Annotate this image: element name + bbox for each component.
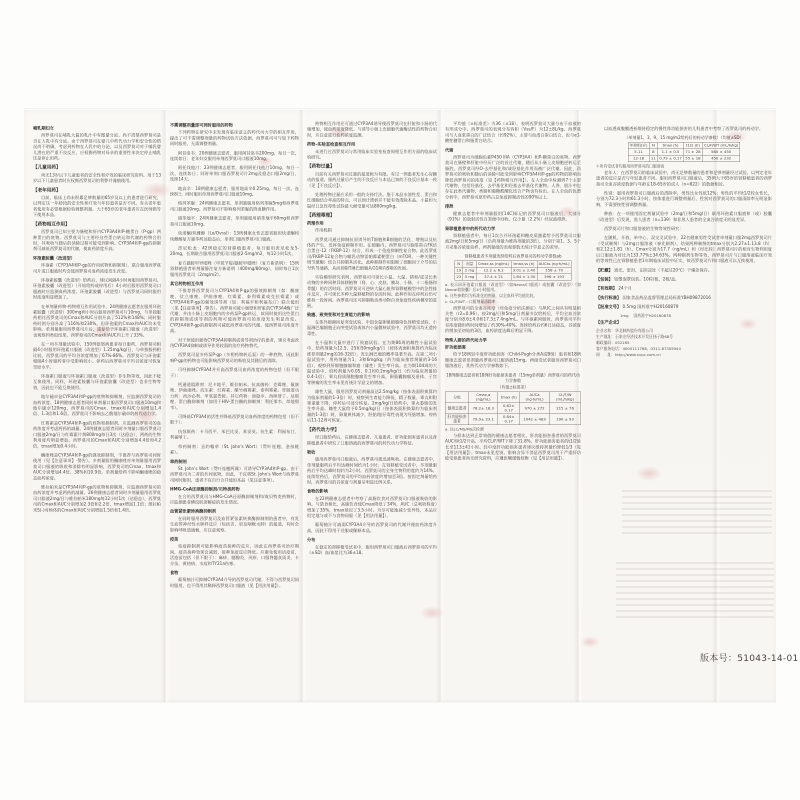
paragraph: 目前有关西罗莫司过量的报道极为有限。有过一例患者发生心房颤动的报道。服药过量后产… [307, 171, 437, 188]
text-column-5: 以血透或腹膜透析维持稳定的慢性肾功能损害的儿科患者中考察了西罗莫司的药动学。（单… [596, 126, 772, 358]
table-footnote: ＊所有受试者均服用西罗莫司的口服溶液 [596, 164, 772, 169]
subsection-heading: 分布 [307, 537, 437, 543]
paragraph: 雄性大鼠，服用西罗莫司剂量高达2.5mg/kg（按体表面积换算约为临床剂量的1-… [307, 389, 437, 423]
inline-section-heading: 【有效期】 [596, 286, 617, 291]
fold-crease [161, 110, 170, 702]
subsection-heading: 不需调整剂量即可同时服用的药物 [170, 123, 299, 129]
pk-data-table: 分组Cmax,a (ng/mL)tmax (h)AUCa (ng·h/mL)CL… [445, 391, 581, 425]
paragraph: 尚无13岁以下儿童患者的安全性和疗效的临床研究资料。用于13岁以下儿童患者时应权… [33, 172, 161, 183]
table-footnote: 企业名称：华北制药股份有限公司 [596, 328, 772, 333]
paragraph: 实验模型研究表明，西罗莫司可延长小鼠、大鼠、猪和/或灵长类动物的多种同种异体移植… [307, 274, 437, 308]
paragraph: St. John's Wort（贯叶连翘两属）可诱导CYP3A4和P-gp。由于… [170, 466, 299, 483]
paragraph: 西罗莫司在哺乳大鼠的乳汁中有微量分泌。尚不清楚西罗莫司是否在人乳中有分泌。由于西… [33, 133, 161, 162]
section-heading: 【药代动力学】 [307, 427, 437, 433]
paragraph: 阿昔洛韦：20例健康志愿者，服用阿昔洛韦200mg，每日一次，连续如日；老年妇女… [170, 150, 299, 161]
section-heading: 【儿童用药】 [33, 165, 161, 171]
subsection-heading: 食物的影响 [307, 489, 437, 495]
table-cell: 79.9± 23.1 [469, 414, 498, 425]
paragraph: 可降低CYP3A4的活性并降低西罗莫司血药浓度的药物包括（但不限于）： [170, 414, 299, 425]
subsection-heading: 药物–实验室检查相互作用 [307, 142, 437, 148]
table-caption: （单剂量1、3、9、15 mg/m2给药后的药动学参数）（均值±SD） [596, 135, 772, 141]
table-cell: 970 ± 272 [520, 403, 550, 414]
subsection-heading: 其它药物相互作用 [170, 281, 299, 287]
subsection-heading: 肝功能损害 [445, 344, 581, 350]
paragraph: 在随机、开放、单中心、双交叉试验中，22名健康男性受试者单剂量口服2mg西罗莫司… [596, 235, 772, 264]
paragraph: 性别：服用西罗莫司口服液后的清除率，男性比女性低12%；男性的平均t1/2较女性… [596, 191, 772, 208]
table-header-cell: Cmax,a (ng/mL) [469, 392, 498, 403]
paragraph: 泼尼松龙：42例稳定的肾移植患者，每日服用泼尼松龙5-20mg，长期联合服用西罗… [170, 245, 299, 256]
paragraph: 药物相互作用还可通过CYP3A4诱导使西罗莫司在肝脏和小肠的代谢增加，使血药浓度… [307, 121, 437, 138]
table-cell: 0.82± 0.17 [498, 403, 520, 414]
labeled-paragraph: 【生产企业】 [596, 319, 772, 325]
text-column-1: 哺乳期妇女西罗莫司在哺乳大鼠的乳汁中有微量分泌。尚不清楚西罗莫司是否在人乳中有分… [33, 124, 161, 516]
inline-text: 0.5mg 国药准字H20160879 [621, 304, 678, 309]
table-cell: 1.84 ± 1.30 [511, 274, 537, 281]
inline-section-heading: 【批准文号】 [596, 304, 621, 309]
scanned-leaflet-page: 哺乳期妇女西罗莫司在哺乳大鼠的乳汁中有微量分泌。尚不清楚西罗莫司是否在人乳中有分… [0, 0, 800, 800]
stain-mark [580, 636, 600, 648]
paragraph: 老年人：在西罗莫司的临床试验中，尚无足够数量的患者和足够剂量经过试验，以判定老年… [596, 170, 772, 187]
paragraph: 红霉素是CYP3A4和P-gp的底物和抑制剂，应监测西罗莫司的血药浓度并考虑两药… [33, 420, 161, 449]
inline-section-heading: 【执行标准】 [596, 295, 621, 300]
paragraph: 不推荐将西罗莫司与CYP3A4和P-gp的强效抑制剂（如：酮康唑、伏立康唑、伊曲… [170, 288, 299, 334]
table-caption: 肾移植患者多剂量连续给药后西罗莫司的药动学参数ab [445, 254, 581, 260]
paragraph: 复方磺胺甲异噁唑（甲氧苄啶/磺胺甲噁唑）（复方新诺明）：15例肾移植患者单剂量静… [170, 260, 299, 277]
paragraph: 作用机制 [307, 228, 437, 234]
paragraph: 与样本达到正常效值的健康志愿者相比，肝功能损害患者的西罗莫司AUC和t1/2升高… [445, 433, 581, 462]
subsection-heading: 肾移植患者中的药代动力学 [445, 226, 581, 232]
paragraph: 平均值（±标准差）为36（±18），表明西罗莫司大量分布于血液的有形成分中。西罗… [445, 121, 581, 144]
section-heading: 【药物相互作用】 [33, 221, 161, 227]
subsection-heading: 草药制剂 [170, 459, 299, 465]
paragraph: 给予18例轻中度肝功能损害（Child-Pugh分类A或B级）患者和18例健康志… [445, 352, 581, 369]
labeled-paragraph: 【批准文号】 0.5mg 国药准字H20160879 [596, 304, 772, 310]
paragraph: 种族：在一项使用固定剂量试验中（2mg/日和5mg/日）联用环孢素口服液和（或）… [596, 211, 772, 222]
inline-text: 国家食品药品监督管理总局标准YBH09872016 [621, 295, 711, 300]
paragraph: 以血透或腹膜透析维持稳定的慢性肾功能损害的儿科患者中考察了西罗莫司的药动学。 [596, 126, 772, 132]
table-footnote: 邮政编码：052165 [596, 340, 772, 345]
table-footnote: 1mg 国药准字H20160878 [596, 313, 772, 318]
paragraph: 格列苯脲：24例健康志愿者，单剂量服用格列苯脲5mg和西罗莫司口服液10mg。西… [170, 201, 299, 212]
inline-section-heading: 【包装】 [596, 276, 613, 281]
subsection-heading: HMG-CoA还原酶抑制剂/贝特类药物 [170, 487, 299, 493]
table-cell: 11 [649, 155, 657, 162]
table-cell: 450 ± 232 [702, 155, 740, 162]
paragraph: 葡萄柚汁可抑制CYP3A4介导的西罗莫司代谢，不得与西罗莫司同时服用，也不得用其… [170, 577, 299, 588]
subsection-heading: 环孢素胶囊（改进型） [33, 255, 161, 261]
subsection-heading: 血管紧张素转换酶抑制剂 [170, 509, 299, 515]
labeled-paragraph: 【有效期】 24个月 [596, 286, 772, 292]
paragraph: 环孢素（CYP3A4和P-gp的作用底物和抑制剂），联合服用西罗莫司片或口服液时… [33, 263, 161, 274]
paragraph: 阿托伐他汀：23例健康志愿者，服用阿托伐他汀10mg，每日一次，连续如日；同时单… [170, 165, 299, 182]
pk-data-table: N剂量Cmax,ss (ng/mL)tmax,ss (h)AUCss (ng·h… [454, 260, 571, 280]
table-header-cell: 分组 [445, 392, 469, 403]
text-column-4: 平均值（±标准差）为36（±18），表明西罗莫司大量分布于血液的有形成分中。西罗… [445, 121, 581, 465]
table-header-cell: AUCa (ng·h/mL) [520, 392, 550, 403]
table-header-cell: tmax (h) [498, 392, 520, 403]
table-caption: 18例健康志愿者和18例肝功能损害患者（15mg单剂量）西罗莫司的药代动力学参数 [445, 372, 581, 383]
table-cell: 1042 ± 483 [520, 414, 550, 425]
subsection-heading: 食物 [170, 570, 299, 576]
paragraph: 在同时服用西罗莫司及血管紧张素转换酶抑制剂的患者中，有发生血管神经性水肿样反应（… [170, 516, 299, 533]
paragraph: 炔诺酮/炔雌醇（Lo/Ovral）：13例健康女性志愿者服用炔诺酮和炔雌醇复方避… [170, 231, 299, 242]
paragraph: 葡萄柚汁可减弱CYP3A4介导的西罗莫司的代谢并使血药浓度升高，因此不得用于送服… [307, 522, 437, 533]
paragraph: 酮康唑是CYP3A4和P-gp的强效抑制剂，不推荐与西罗莫司同时使用（见【注意事… [33, 452, 161, 481]
subsection-heading: 疫苗 [170, 536, 299, 542]
inline-section-heading: 【生产企业】 [596, 319, 621, 324]
paragraph: 经口服给药后，在健康志愿者、儿童患者、肝功能损害患者以及肾移植患者中研究了口服溶… [307, 435, 437, 446]
paragraph: 抗惊厥药：卡马西平、苯巴比妥、苯妥英。抗生素：利福布汀、利福喷丁。 [170, 429, 299, 440]
paragraph: 西罗莫司已知主要为肠壁和肝内CYP3A4和P-糖蛋白（P-gp）两种蛋白的底物。… [33, 229, 161, 252]
table-cell: 396 ± 193 [537, 274, 571, 281]
paragraph: 下列药物在研究中未发现有临床意义的药代动力学的相互作用，提出了可不需调整剂量的药… [170, 130, 299, 147]
table-cell: 37.4 ± 21 [476, 274, 511, 281]
table-header-cell: CL/F/W (mL/h/kg) [549, 392, 580, 403]
paragraph: 在22例健康志愿者中考察了高脂饮食对西罗莫司口服液吸收的影响。与禁食相比，高脂饮… [307, 496, 437, 519]
fold-crease [436, 110, 445, 702]
table-footnote: b. 这些参数均为标准化的剂量，以全血样平均值比较。 [445, 293, 581, 298]
sheet-bottom-edge [24, 700, 776, 703]
table-cell: 5 mg [463, 274, 476, 281]
table-cell: 12-18 [628, 155, 649, 162]
text-column-3: 药物相互作用还可通过CYP3A4诱导使西罗莫司在肝脏和小肠的代谢增加，使血药浓度… [307, 121, 437, 559]
ink-show-through [616, 562, 774, 622]
stain-mark [420, 606, 444, 620]
paragraph: 在体外细菌回复突变试验、中国仓鼠卵巢细胞染色体畸变试验、小鼠淋巴瘤细胞正向突变试… [307, 319, 437, 336]
paragraph: 地高辛：18例健康志愿者，服用地高辛0.25mg，每日一次，连续8日；同时服用单… [170, 186, 299, 197]
section-heading: 【老年用药】 [33, 187, 161, 193]
paragraph: 目前，临床上尚未积累足够数量的65岁及以上的患者进行研究，以判定这一年龄段的安全… [33, 195, 161, 218]
table-cell: 0.84± 0.17 [498, 414, 520, 425]
subsection-heading: 代谢 [445, 147, 581, 153]
subsection-heading: 特殊人群的药代动力学 [445, 337, 581, 343]
table-caption: （均值±标准差） [445, 385, 581, 391]
paragraph: 在小鼠和大鼠中进行了致癌试验。在为期86周的雌性小鼠试验中，给药剂量为12.5、… [307, 340, 437, 386]
paragraph: 维拉帕米是CYP3A4和P-gp的底物和抑制剂，应监测西罗莫司的血药浓度并考虑两… [33, 484, 161, 513]
pk-data-table: 年龄组(岁)Ntmax (h)t1/2 (h)CL/F/WT (mL/h/kg)… [628, 142, 740, 162]
paragraph: 西罗莫司的全血谷浓度（经免疫分析法测定）与AUC之间具有明显相关性（r2=0.9… [445, 305, 581, 334]
subsection-heading: 致癌、致突变和对生育能力的影响 [307, 312, 437, 318]
table-footnote: a. 表示同环孢素口服液（改进型）（如Neoral口服液）或胶囊（改进型）（如N… [445, 282, 581, 292]
paragraph: 在合用西罗莫司与HMG-CoA还原酶抑制剂和/或贝特类药物时，应监测患者横纹肌溶… [170, 494, 299, 505]
subsection-heading: 吸收 [307, 449, 437, 455]
paragraph: 草药制剂：圣约翰草（St. John's Wort）（贯叶连翘、金丝桃素）。 [170, 444, 299, 455]
table-footnote: 生产地址：石家庄经济技术开发区扬子路68号 [596, 334, 772, 339]
inline-text: 24个月 [617, 286, 632, 291]
table-cell: 215 ± 76 [549, 403, 580, 414]
table-footnote: c. CL/F/WT＝口服剂量清除率 [445, 299, 581, 304]
table-footnote: 网 址：http://www.ncpc.com.cn [596, 352, 772, 357]
table-cell: 健康志愿者 [445, 403, 469, 414]
version-number: 版本号：51043-14-01 [700, 651, 799, 664]
paragraph: 免疫抑制剂可能影响疫苗接种的反应，因此在西罗莫司治疗期间，疫苗接种效果会减弱、接… [170, 544, 299, 567]
paragraph: 硝苯地平：24例健康志愿者，单剂量服用硝苯地平60mg和西罗莫司口服液10mg。 [170, 216, 299, 227]
stain-mark [636, 466, 662, 481]
paragraph: 可经抑制CYP3A4并升高西罗莫司血药浓度的药物包括（但不限于）： [170, 367, 299, 378]
paragraph: 环孢素口服液与环孢素口服液（改进型）非生物等效，因此不能互换使用。同样，环孢素胶… [33, 374, 161, 391]
paragraph: 对于须使用强效CYP3A4抑制剂或诱导剂治疗的患者，建议考虑改用CYP3A4抑制… [170, 337, 299, 348]
paragraph: 健康志愿者中单剂量服用[14C]标记的西罗莫司口服液后，大部分（91%）的放射活… [445, 211, 581, 222]
ink-show-through [622, 490, 772, 536]
inline-text: 遮光，密封，在阴凉处（不超过20℃）干燥处保存。 [613, 267, 712, 272]
labeled-paragraph: 【贮藏】 遮光，密封，在阴凉处（不超过20℃）干燥处保存。 [596, 267, 772, 273]
paragraph: 西罗莫司片和口服溶液的生物等效性研究： [596, 226, 772, 232]
inline-section-heading: 【贮藏】 [596, 267, 613, 272]
table-footnote: 客户服务电话：4000111768、0311-67305944 [596, 346, 772, 351]
table-cell: 55 ± 18 [684, 155, 703, 162]
paragraph: 在一项多剂量试验中，150例银屑病患者每日服药，西罗莫司相隔4小时服用环孢素口服… [33, 342, 161, 371]
table-cell: 78.2± 18.3 [469, 403, 498, 414]
paragraph: 西罗莫司为细胞色素P450 IIIA（CYP3A4）和P-糖蛋白的底物。西罗莫司… [445, 155, 581, 201]
labeled-paragraph: 【包装】 铝塑泡罩包装。10粒/板，2板/盒。 [596, 276, 772, 282]
table-cell: 0.79 ± 0.17 [658, 155, 684, 162]
paragraph: 钙通道阻滞剂：尼卡地平、维拉帕米。抗真菌药：克霉唑、氟康唑、伊曲康唑。抗生素：红… [170, 382, 299, 411]
text-column-2: 不需调整剂量即可同时服用的药物下列药物在研究中未发现有临床意义的药代动力学的相互… [170, 121, 299, 592]
section-heading: 【药物过量】 [307, 164, 437, 170]
paragraph: 地尔硫卓是CYP3A4和P-gp的底物和抑制剂，应监测西罗莫司的血药浓度。18例… [33, 394, 161, 417]
paragraph: 环孢素胶囊（改进型）给药后，建议间隔4小时再服用西罗莫司。环孢素胶囊（改进型）（… [33, 277, 161, 300]
fold-crease [298, 110, 307, 702]
labeled-paragraph: 【执行标准】 国家食品药品监督管理总局标准YBH09872016 [596, 295, 772, 301]
paragraph: 西罗莫司是多药泵P-gp（多相药物转运泵）的一种底物，因此影响P-gp的药物也可… [170, 352, 299, 363]
paragraph: 未进行过西罗莫司与常用临床实验室检查间相互作用方面的临床试验研究。 [307, 149, 437, 160]
table-cell: 肝功能损害患者 [445, 414, 469, 425]
paragraph: 处理药物过量应采用一般的支持疗法。鉴于本品水溶性差、蛋白和红细胞结合率高的特点，… [307, 192, 437, 209]
paragraph: 服用西罗莫司口服液后，西罗莫司被迅速吸收。在健康志愿者中，单剂量服药后平均达峰时… [307, 457, 437, 486]
table-cell: 23 [455, 274, 463, 281]
table-footnote: a. 以LC/MS/MS法检测 [445, 427, 581, 432]
subsection-heading: 排泄 [445, 204, 581, 210]
paragraph: 西罗莫司通过抑制抗原诱导的T细胞和B细胞的活化、增殖以及抗体的产生，发挥免疫抑制… [307, 237, 437, 271]
section-heading: 【药理毒理】 [307, 213, 437, 219]
subsection-heading: 哺乳期妇女 [33, 126, 161, 132]
paragraph: 肾移植患者中，每日1次合并环孢素和糖皮质激素给予西罗莫司口服液2mg/日和5mg… [445, 233, 581, 250]
subsection-heading: 药理作用 [307, 220, 437, 226]
paragraph: 在单剂量药物-药物相互作用试验中，24例健康志愿者在服用环孢素胶囊（改进型）30… [33, 304, 161, 338]
paragraph: 在稳定的肾移植受试者中，服用西罗莫司口服液后西罗莫司的平均（±SD）血/血浆比为… [307, 544, 437, 555]
inline-text: 铝塑泡罩包装。10粒/板，2板/盒。 [613, 276, 680, 281]
table-cell: 190 ± 93 [549, 414, 580, 425]
